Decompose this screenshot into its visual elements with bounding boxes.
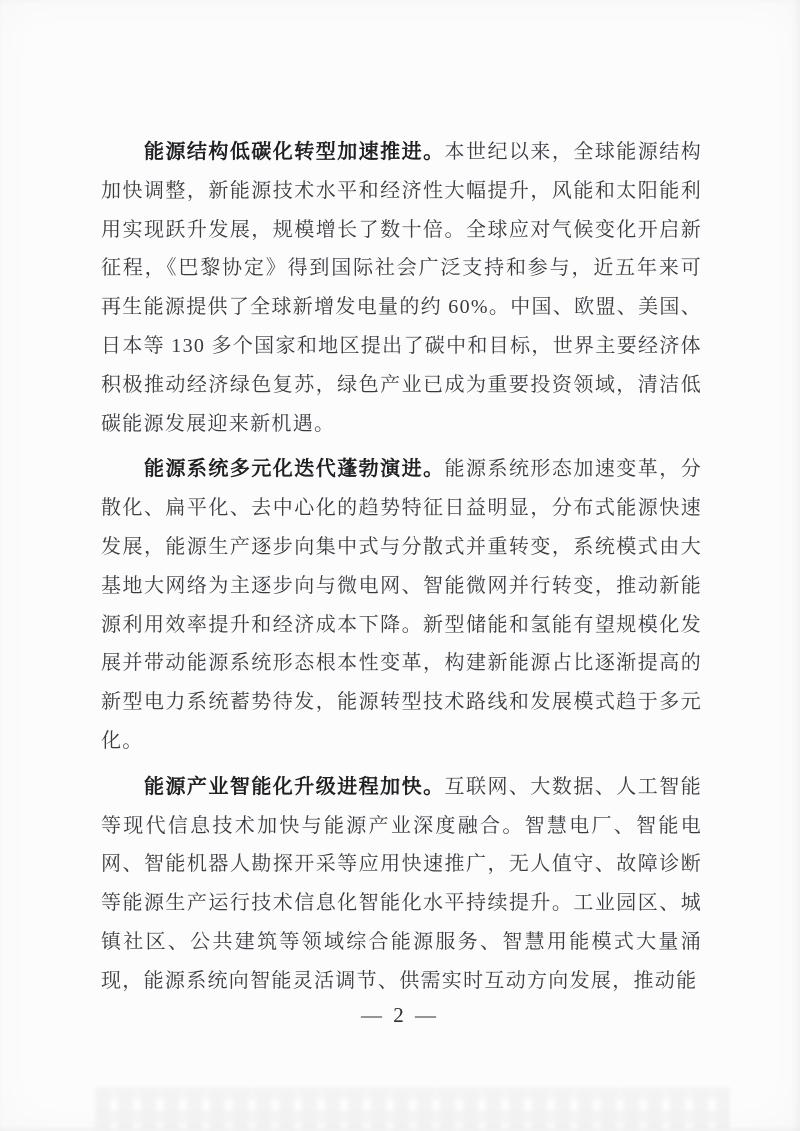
paragraph-energy-system: 能源系统多元化迭代蓬勃演进。能源系统形态加速变革，分散化、扁平化、去中心化的趋势… [101,450,702,760]
paragraph-energy-system-text: 能源系统形态加速变革，分散化、扁平化、去中心化的趋势特征日益明显，分布式能源快速… [101,458,702,752]
paragraph-energy-industry-lead: 能源产业智能化升级进程加快。 [144,776,445,798]
page-footer: — 2 — [0,1003,800,1028]
paragraph-energy-structure: 能源结构低碳化转型加速推进。本世纪以来，全球能源结构加快调整，新能源技术水平和经… [101,133,702,443]
paragraph-energy-structure-lead: 能源结构低碳化转型加速推进。 [144,141,445,163]
paragraph-energy-industry-text: 互联网、大数据、人工智能等现代信息技术加快与能源产业深度融合。智慧电厂、智能电网… [101,776,702,992]
page-number: — 2 — [361,1003,439,1027]
reverse-side-bleedthrough [95,1087,730,1129]
paragraph-energy-industry: 能源产业智能化升级进程加快。互联网、大数据、人工智能等现代信息技术加快与能源产业… [101,768,702,1001]
document-page: 能源结构低碳化转型加速推进。本世纪以来，全球能源结构加快调整，新能源技术水平和经… [0,0,800,1131]
paragraph-energy-system-lead: 能源系统多元化迭代蓬勃演进。 [144,458,445,480]
paragraph-energy-structure-text: 本世纪以来，全球能源结构加快调整，新能源技术水平和经济性大幅提升，风能和太阳能利… [101,141,702,435]
document-body: 能源结构低碳化转型加速推进。本世纪以来，全球能源结构加快调整，新能源技术水平和经… [101,133,702,1008]
